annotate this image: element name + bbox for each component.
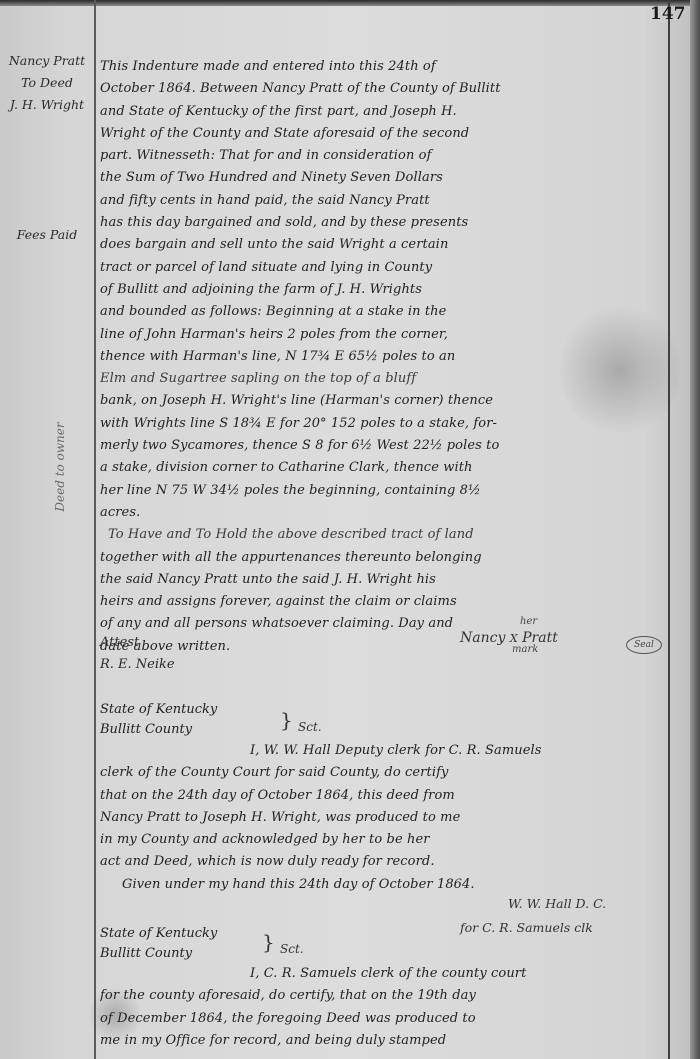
clerk-for-signature: for C. R. Samuels clk xyxy=(460,920,593,935)
deed-line: October 1864. Between Nancy Pratt of the… xyxy=(100,78,665,100)
cert-line: act and Deed, which is now duly ready fo… xyxy=(100,851,665,873)
brace-icon: } xyxy=(280,708,293,732)
cert-line: I, C. R. Samuels clerk of the county cou… xyxy=(100,963,665,985)
deed-line: the said Nancy Pratt unto the said J. H.… xyxy=(100,569,665,591)
deed-line: tract or parcel of land situate and lyin… xyxy=(100,257,665,279)
deed-line: acres. xyxy=(100,502,665,524)
venue-sct: Sct. xyxy=(280,942,304,956)
margin-title-line: To Deed xyxy=(2,72,92,94)
margin-title-line: Nancy Pratt xyxy=(2,50,92,72)
venue-county: Bullitt County xyxy=(100,944,217,964)
seal-icon: Seal xyxy=(626,636,662,654)
cert-line: I, W. W. Hall Deputy clerk for C. R. Sam… xyxy=(100,740,665,762)
deed-line: does bargain and sell unto the said Wrig… xyxy=(100,234,665,256)
deed-line: bank, on Joseph H. Wright's line (Harman… xyxy=(100,390,665,412)
book-binding-edge xyxy=(690,0,700,1059)
ledger-page: 147 Nancy Pratt To Deed J. H. Wright Fee… xyxy=(0,0,700,1059)
deed-line: and fifty cents in hand paid, the said N… xyxy=(100,190,665,212)
deputy-clerk-signature: W. W. Hall D. C. xyxy=(508,896,606,911)
fees-paid-note: Fees Paid xyxy=(2,224,92,246)
signature-her-label: her xyxy=(520,616,537,627)
deed-line: Wright of the County and State aforesaid… xyxy=(100,123,665,145)
deed-line: merly two Sycamores, thence S 8 for 6½ W… xyxy=(100,435,665,457)
margin-title-line: J. H. Wright xyxy=(2,94,92,116)
deed-to-owner-note: Deed to owner xyxy=(53,407,67,527)
cert-line: Given under my hand this 24th day of Oct… xyxy=(100,874,665,896)
venue-county: Bullitt County xyxy=(100,720,217,740)
signature-first-name: Nancy xyxy=(460,630,505,646)
deed-line: This Indenture made and entered into thi… xyxy=(100,56,665,78)
deed-line: has this day bargained and sold, and by … xyxy=(100,212,665,234)
certificate-2-body: I, C. R. Samuels clerk of the county cou… xyxy=(100,963,665,1052)
deed-line: Elm and Sugartree sapling on the top of … xyxy=(100,368,665,390)
deed-line: her line N 75 W 34½ poles the beginning,… xyxy=(100,480,665,502)
deed-line: a stake, division corner to Catharine Cl… xyxy=(100,457,665,479)
deed-line: thence with Harman's line, N 17¾ E 65½ p… xyxy=(100,346,665,368)
certificate-2-venue: State of Kentucky Bullitt County xyxy=(100,924,217,964)
deed-line: the Sum of Two Hundred and Ninety Seven … xyxy=(100,167,665,189)
deed-line: and bounded as follows: Beginning at a s… xyxy=(100,301,665,323)
cert-line: of December 1864, the foregoing Deed was… xyxy=(100,1008,665,1030)
deed-body: This Indenture made and entered into thi… xyxy=(100,14,665,658)
cert-line: clerk of the County Court for said Count… xyxy=(100,762,665,784)
margin-title: Nancy Pratt To Deed J. H. Wright xyxy=(2,50,92,116)
cert-line: that on the 24th day of October 1864, th… xyxy=(100,785,665,807)
certificate-1-body: I, W. W. Hall Deputy clerk for C. R. Sam… xyxy=(100,740,665,896)
venue-sct: Sct. xyxy=(298,720,322,734)
cert-line: Nancy Pratt to Joseph H. Wright, was pro… xyxy=(100,807,665,829)
deed-line: line of John Harman's heirs 2 poles from… xyxy=(100,324,665,346)
cert-line: for the county aforesaid, do certify, th… xyxy=(100,985,665,1007)
attest-block: Attest R. E. Neike xyxy=(100,632,175,676)
cert-line: me in my Office for record, and being du… xyxy=(100,1030,665,1052)
cert-line: in my County and acknowledged by her to … xyxy=(100,829,665,851)
brace-icon: } xyxy=(262,930,275,954)
witness-name: R. E. Neike xyxy=(100,654,175,676)
attest-label: Attest xyxy=(100,632,175,654)
right-rule-line xyxy=(668,0,670,1059)
deed-line: with Wrights line S 18¾ E for 20° 152 po… xyxy=(100,413,665,435)
deed-line: date above written. xyxy=(100,636,665,658)
grantor-signature: Nancy X Pratt her mark xyxy=(460,630,558,646)
habendum-line: To Have and To Hold the above described … xyxy=(100,524,665,546)
certificate-1-venue: State of Kentucky Bullitt County xyxy=(100,700,217,740)
deed-line: of Bullitt and adjoining the farm of J. … xyxy=(100,279,665,301)
page-top-shadow xyxy=(0,0,700,6)
deed-line: together with all the appurtenances ther… xyxy=(100,547,665,569)
deed-line: and State of Kentucky of the first part,… xyxy=(100,101,665,123)
deed-line: heirs and assigns forever, against the c… xyxy=(100,591,665,613)
deed-line: of any and all persons whatsoever claimi… xyxy=(100,613,665,635)
deed-line: part. Witnesseth: That for and in consid… xyxy=(100,145,665,167)
venue-state: State of Kentucky xyxy=(100,700,217,720)
margin-rule-line xyxy=(94,0,96,1059)
signature-mark-label: mark xyxy=(512,644,538,655)
venue-state: State of Kentucky xyxy=(100,924,217,944)
